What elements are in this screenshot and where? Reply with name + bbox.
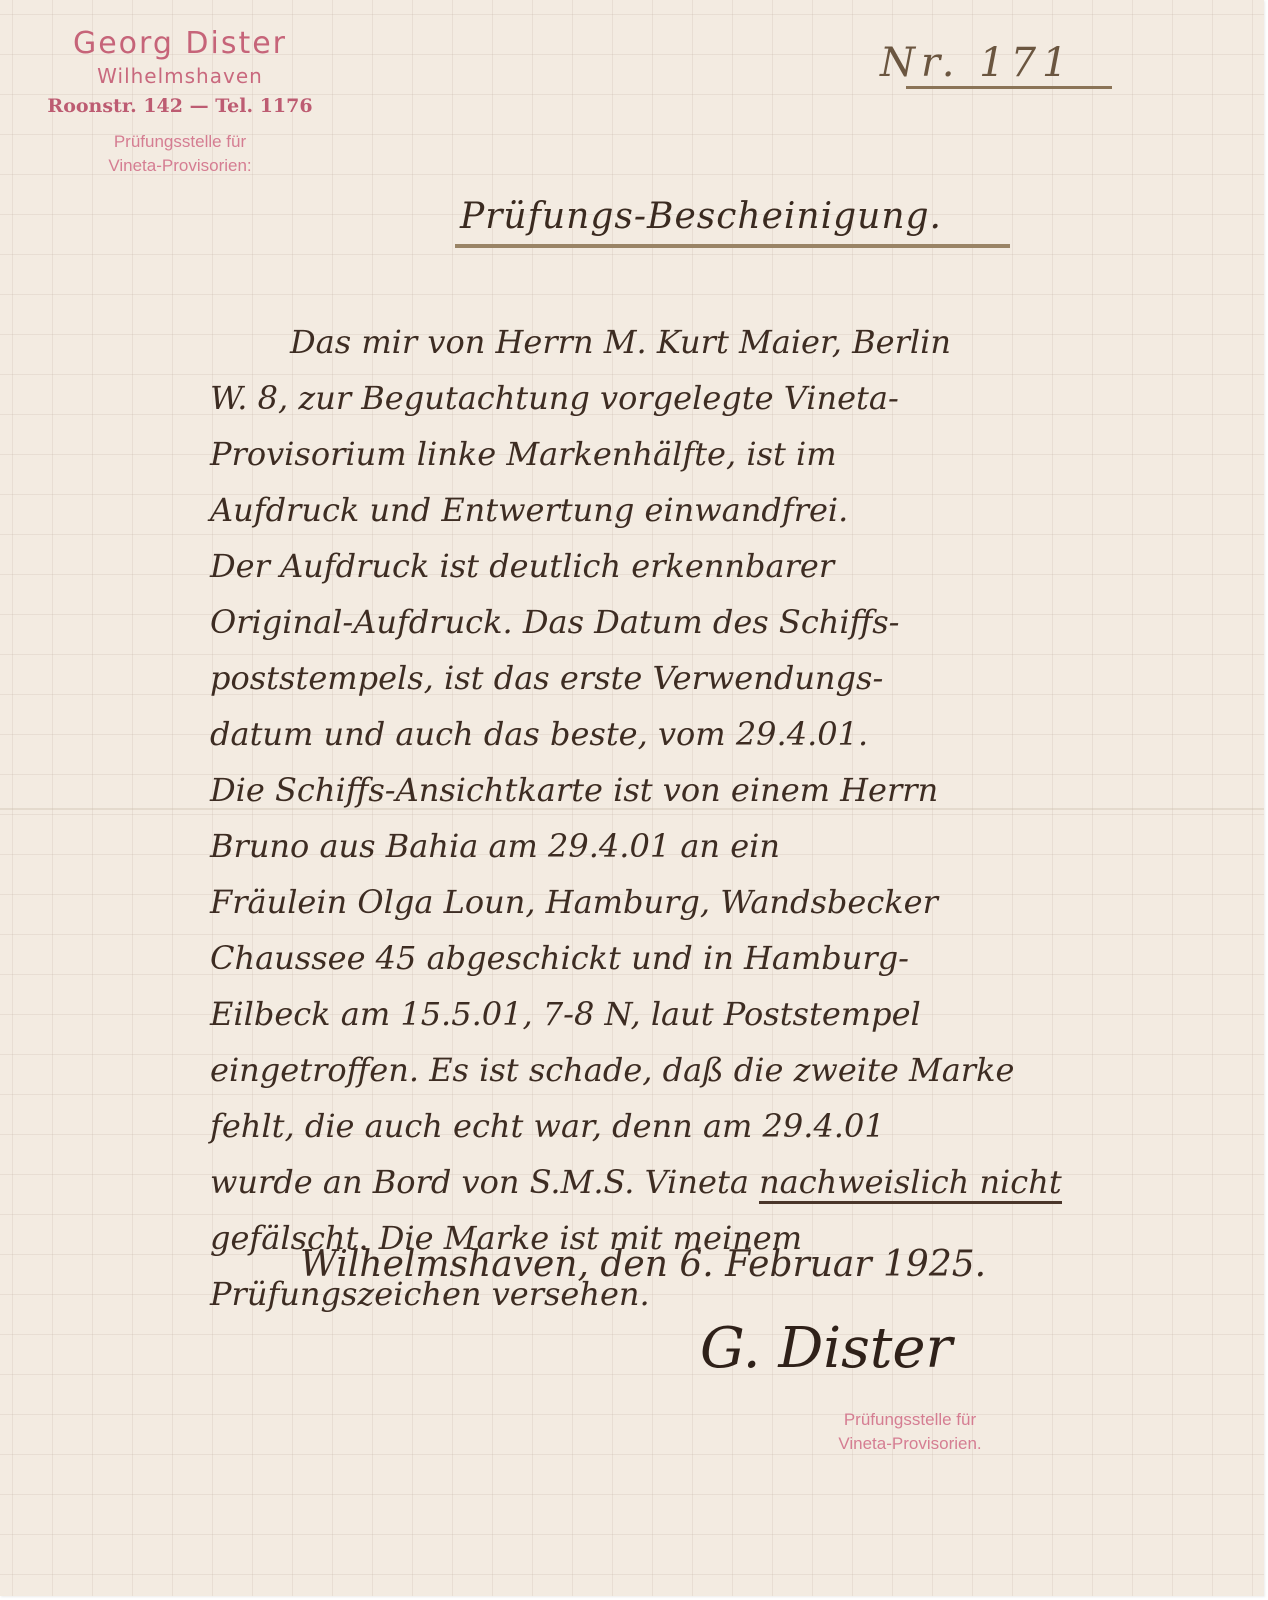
letterhead-subtitle-line1: Prüfungsstelle für [20, 130, 340, 154]
underlined-emphasis: nachweislich nicht [759, 1163, 1062, 1204]
letterhead-name: Georg Dister [20, 26, 340, 62]
examiner-stamp-line2: Vineta-Provisorien. [800, 1432, 1020, 1456]
document-number-underline [906, 86, 1112, 89]
body-line-5: Der Aufdruck ist deutlich erkennbarer [210, 546, 834, 586]
body-line-14: eingetroffen. Es ist schade, daß die zwe… [210, 1050, 1014, 1090]
body-line-10: Bruno aus Bahia am 29.4.01 an ein [210, 826, 780, 866]
letterhead-city: Wilhelmshaven [20, 62, 340, 90]
body-line-7: poststempels, ist das erste Verwendungs- [210, 658, 883, 698]
body-line-4: Aufdruck und Entwertung einwandfrei. [210, 490, 848, 530]
body-line-15: fehlt, die auch echt war, denn am 29.4.0… [210, 1106, 885, 1146]
letterhead-subtitle-line2: Vineta-Provisorien: [20, 154, 340, 178]
letterhead-stamp: Georg Dister Wilhelmshaven Roonstr. 142 … [20, 26, 340, 178]
body-line-9: Die Schiffs-Ansichtkarte ist von einem H… [210, 770, 938, 810]
body-line-11: Fräulein Olga Loun, Hamburg, Wandsbecker [210, 882, 938, 922]
body-line-8: datum und auch das beste, vom 29.4.01. [210, 714, 868, 754]
body-line-12: Chaussee 45 abgeschickt und in Hamburg- [210, 938, 909, 978]
document-number: Nr. 171 [880, 40, 1074, 86]
body-line-3: Provisorium linke Markenhälfte, ist im [210, 434, 837, 474]
document-title: Prüfungs-Bescheinigung. [460, 196, 942, 237]
examiner-stamp: Prüfungsstelle für Vineta-Provisorien. [800, 1408, 1020, 1456]
signature: G. Dister [700, 1316, 952, 1381]
document-page: Georg Dister Wilhelmshaven Roonstr. 142 … [0, 0, 1264, 1596]
body-line-13: Eilbeck am 15.5.01, 7-8 N, laut Poststem… [210, 994, 921, 1034]
place-and-date: Wilhelmshaven, den 6. Februar 1925. [300, 1244, 986, 1285]
body-line-16-text: wurde an Bord von S.M.S. Vineta [210, 1163, 759, 1201]
body-line-1: Das mir von Herrn M. Kurt Maier, Berlin [290, 322, 951, 362]
body-line-16: wurde an Bord von S.M.S. Vineta nachweis… [210, 1162, 1062, 1202]
examiner-stamp-line1: Prüfungsstelle für [800, 1408, 1020, 1432]
body-line-2: W. 8, zur Begutachtung vorgelegte Vineta… [210, 378, 899, 418]
body-line-6: Original-Aufdruck. Das Datum des Schiffs… [210, 602, 899, 642]
letterhead-address: Roonstr. 142 — Tel. 1176 [20, 90, 340, 122]
title-underline [455, 244, 1010, 248]
